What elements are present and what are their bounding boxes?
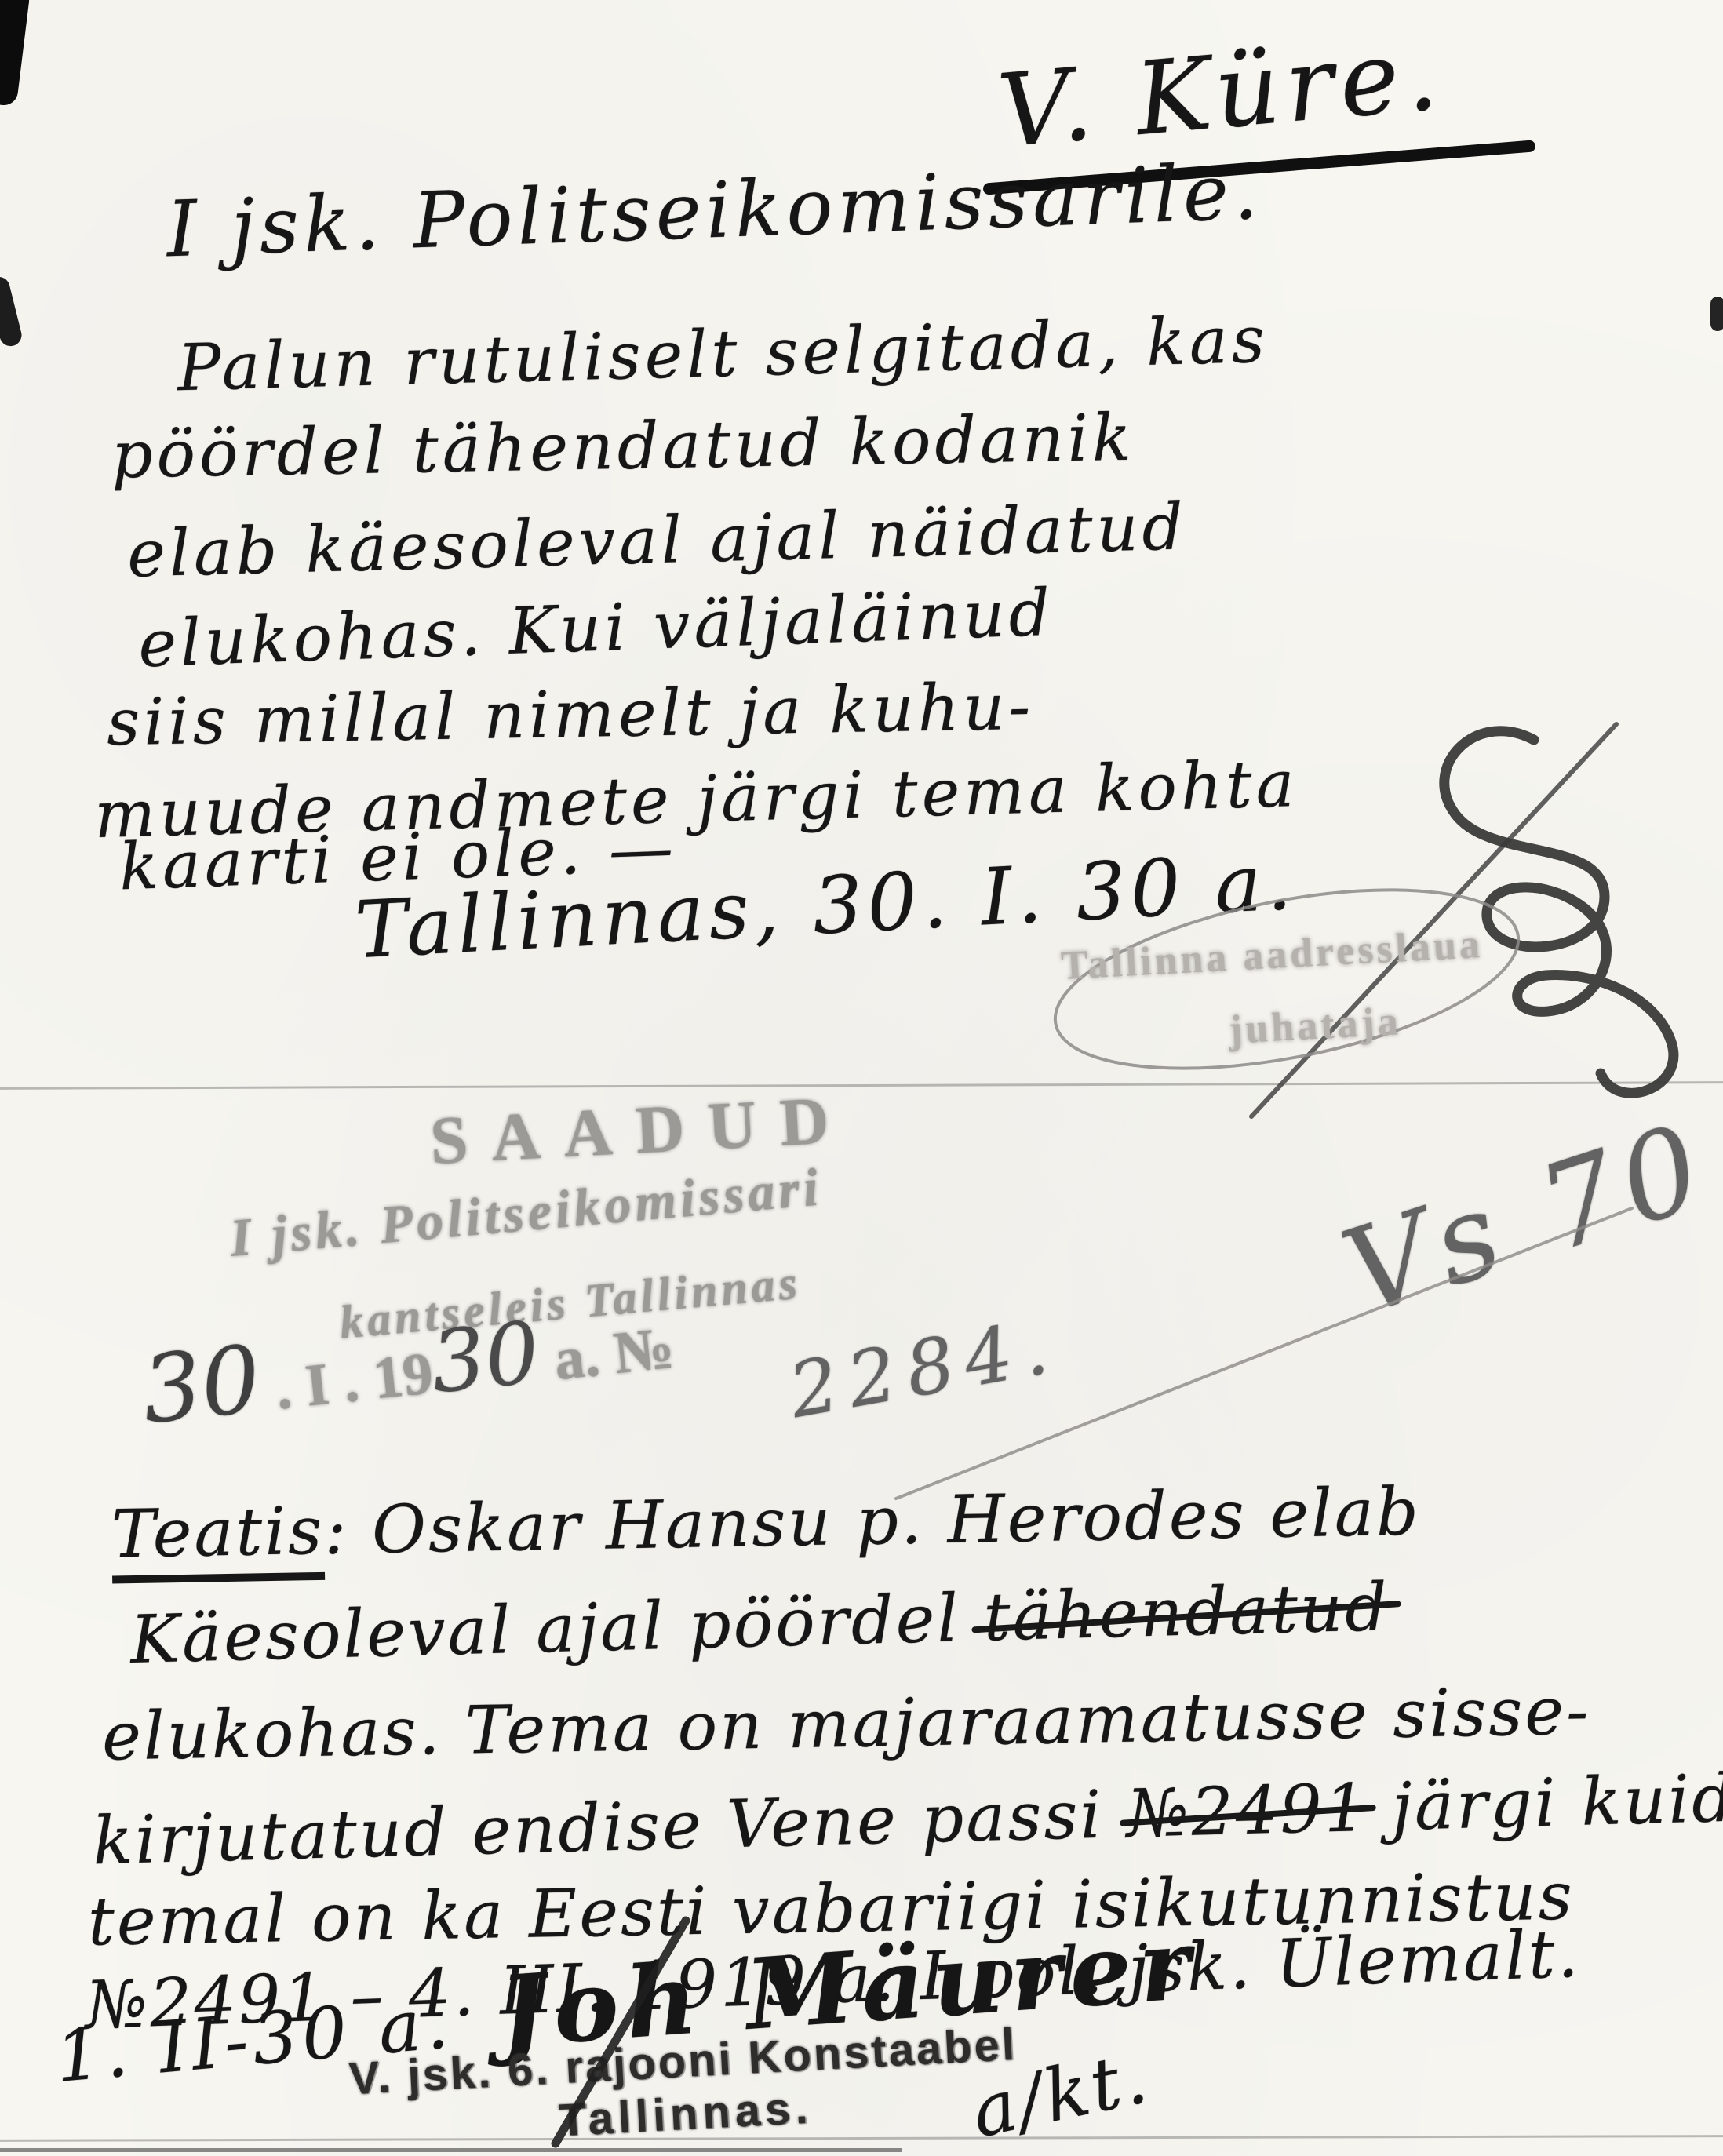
report-line-1-struck-word: tähendatud bbox=[982, 1568, 1390, 1656]
report-line-3-post: järgi kuid bbox=[1368, 1760, 1723, 1846]
scan-artifact-right-edge bbox=[1710, 297, 1723, 331]
report-line-2: elukohas. Tema on majaraamatusse sisse- bbox=[101, 1672, 1591, 1775]
request-line: pöördel tähendatud kodanik bbox=[111, 401, 1135, 493]
report-line-0: Teatis: Oskar Hansu p. Herodes elab bbox=[111, 1473, 1421, 1572]
address-bureau-stamp-line2: juhataja bbox=[1228, 998, 1403, 1053]
request-line: siis millal nimelt ja kuhu- bbox=[106, 670, 1035, 761]
report-line-1: Käesoleval ajal pöördel tähendatud bbox=[129, 1568, 1390, 1678]
signature-descender-stroke bbox=[530, 1914, 711, 2156]
received-date-tail: a. № bbox=[537, 1315, 677, 1394]
scanned-document-page: V. Küre. I jsk. Politseikomissarile. Pal… bbox=[0, 0, 1723, 2156]
report-line-1-pre: Käesoleval ajal pöördel bbox=[129, 1579, 985, 1678]
scan-artifact-top-left bbox=[0, 0, 31, 107]
report-line-0-rest: : Oskar Hansu p. Herodes elab bbox=[323, 1473, 1421, 1568]
fold-line-bottom-dark bbox=[0, 2148, 902, 2152]
received-date-month: . I . 19 bbox=[257, 1340, 435, 1423]
fold-line-bottom bbox=[0, 2135, 1723, 2142]
received-date-day: 30 bbox=[137, 1324, 266, 1444]
addressee-name: V. Küre. bbox=[994, 16, 1448, 171]
report-line-3-pre: kirjutatud endise Vene passi bbox=[92, 1775, 1127, 1879]
request-line: elukohas. Kui väljaläinud bbox=[137, 576, 1055, 683]
report-label: Teatis bbox=[111, 1492, 325, 1584]
received-date-year: 30 bbox=[427, 1304, 545, 1413]
scan-artifact-left-margin bbox=[0, 275, 24, 348]
report-line-3-struck-number: №2491 bbox=[1126, 1769, 1370, 1852]
request-line: Palun rutuliselt selgitada, kas bbox=[177, 303, 1269, 406]
recipient-line: I jsk. Politseikomissarile. bbox=[165, 147, 1263, 275]
